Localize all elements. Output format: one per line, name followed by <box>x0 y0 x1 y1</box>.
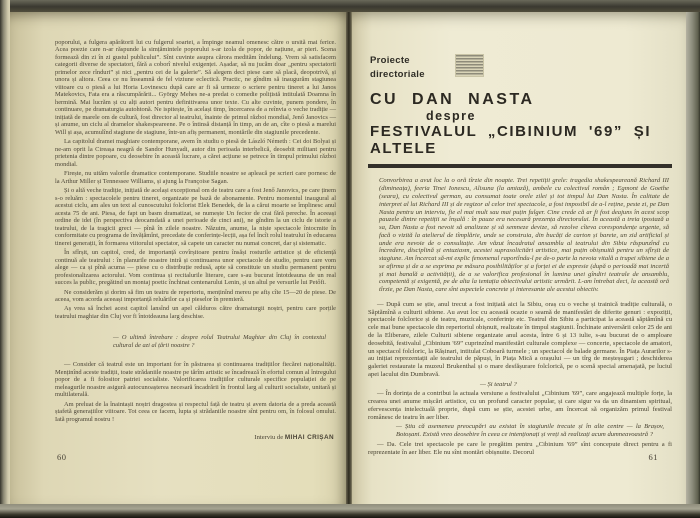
paragraph: — Da. Cele trei spectacole pe care le pr… <box>368 441 672 457</box>
title-line-3: FESTIVALUL „CIBINIUM '69” ȘI ALTELE <box>370 124 672 157</box>
page-number-right: 61 <box>649 452 659 462</box>
title-rule <box>368 164 672 168</box>
scan-left-edge <box>0 0 10 518</box>
left-paragraph-list: poporului, a fulgera apărătorii lui cu f… <box>55 39 336 423</box>
paragraph: — După cum se știe, anul trecut a fost i… <box>368 301 672 379</box>
section-kicker: Proiecte directoriale <box>370 54 672 82</box>
byline-author: MIHAI CRIȘAN <box>285 434 334 441</box>
paragraph: Aș vrea să închei acest capitol lansînd … <box>55 305 336 320</box>
byline-prefix: Interviu de <box>254 434 284 441</box>
kicker-line-2: directoriale <box>370 68 672 82</box>
paragraph: La capitolul dramei maghiare contemporan… <box>55 138 336 168</box>
kicker-line-1: Proiecte <box>370 54 672 68</box>
book-scan: poporului, a fulgera apărătorii lui cu f… <box>0 0 700 518</box>
title-line-1: CU DAN NASTA <box>370 92 672 109</box>
article-title: CU DAN NASTA despre FESTIVALUL „CIBINIUM… <box>370 92 672 158</box>
paragraph: În sfîrșit, un capitol, cred, de importa… <box>55 249 336 286</box>
paragraph: — Și teatrul ? <box>480 381 672 389</box>
paragraph: — Consider că teatrul este un important … <box>55 361 336 398</box>
paragraph: — O ultimă întrebare : despre rolul Teat… <box>113 334 326 349</box>
paragraph: — În dorința de a contribui la actuala v… <box>368 390 672 421</box>
paragraph: Ne considerăm și dorim să fim un teatru … <box>55 289 336 304</box>
right-page-text: Proiecte directoriale CU DAN NASTA despr… <box>368 42 672 458</box>
left-page-text: poporului, a fulgera apărătorii lui cu f… <box>55 39 336 442</box>
scan-right-edge <box>686 12 700 518</box>
page-number-left: 60 <box>57 452 67 462</box>
scan-top-edge <box>0 0 700 12</box>
paragraph: poporului, a fulgera apărătorii lui cu f… <box>55 39 336 136</box>
paragraph: — Știu că asemenea preocupări au existat… <box>396 423 664 439</box>
byline: Interviu de MIHAI CRIȘAN <box>55 434 334 442</box>
page-left: poporului, a fulgera apărătorii lui cu f… <box>10 12 346 505</box>
paragraph: Și o altă veche tradiție, inițiată de ac… <box>55 187 336 247</box>
paragraph: Firește, nu uităm valorile dramatice con… <box>55 170 336 185</box>
page-right: Proiecte directoriale CU DAN NASTA despr… <box>352 12 686 505</box>
paragraph: Convorbirea a avut loc la o oră tîrzie d… <box>379 177 669 293</box>
title-line-2: despre <box>426 110 672 123</box>
right-paragraph-list: Convorbirea a avut loc la o oră tîrzie d… <box>368 177 672 456</box>
paragraph: Am preluat de la înaintașii noștri drago… <box>55 401 336 423</box>
hatched-block-icon <box>456 55 483 76</box>
scan-bottom-edge <box>0 504 700 518</box>
